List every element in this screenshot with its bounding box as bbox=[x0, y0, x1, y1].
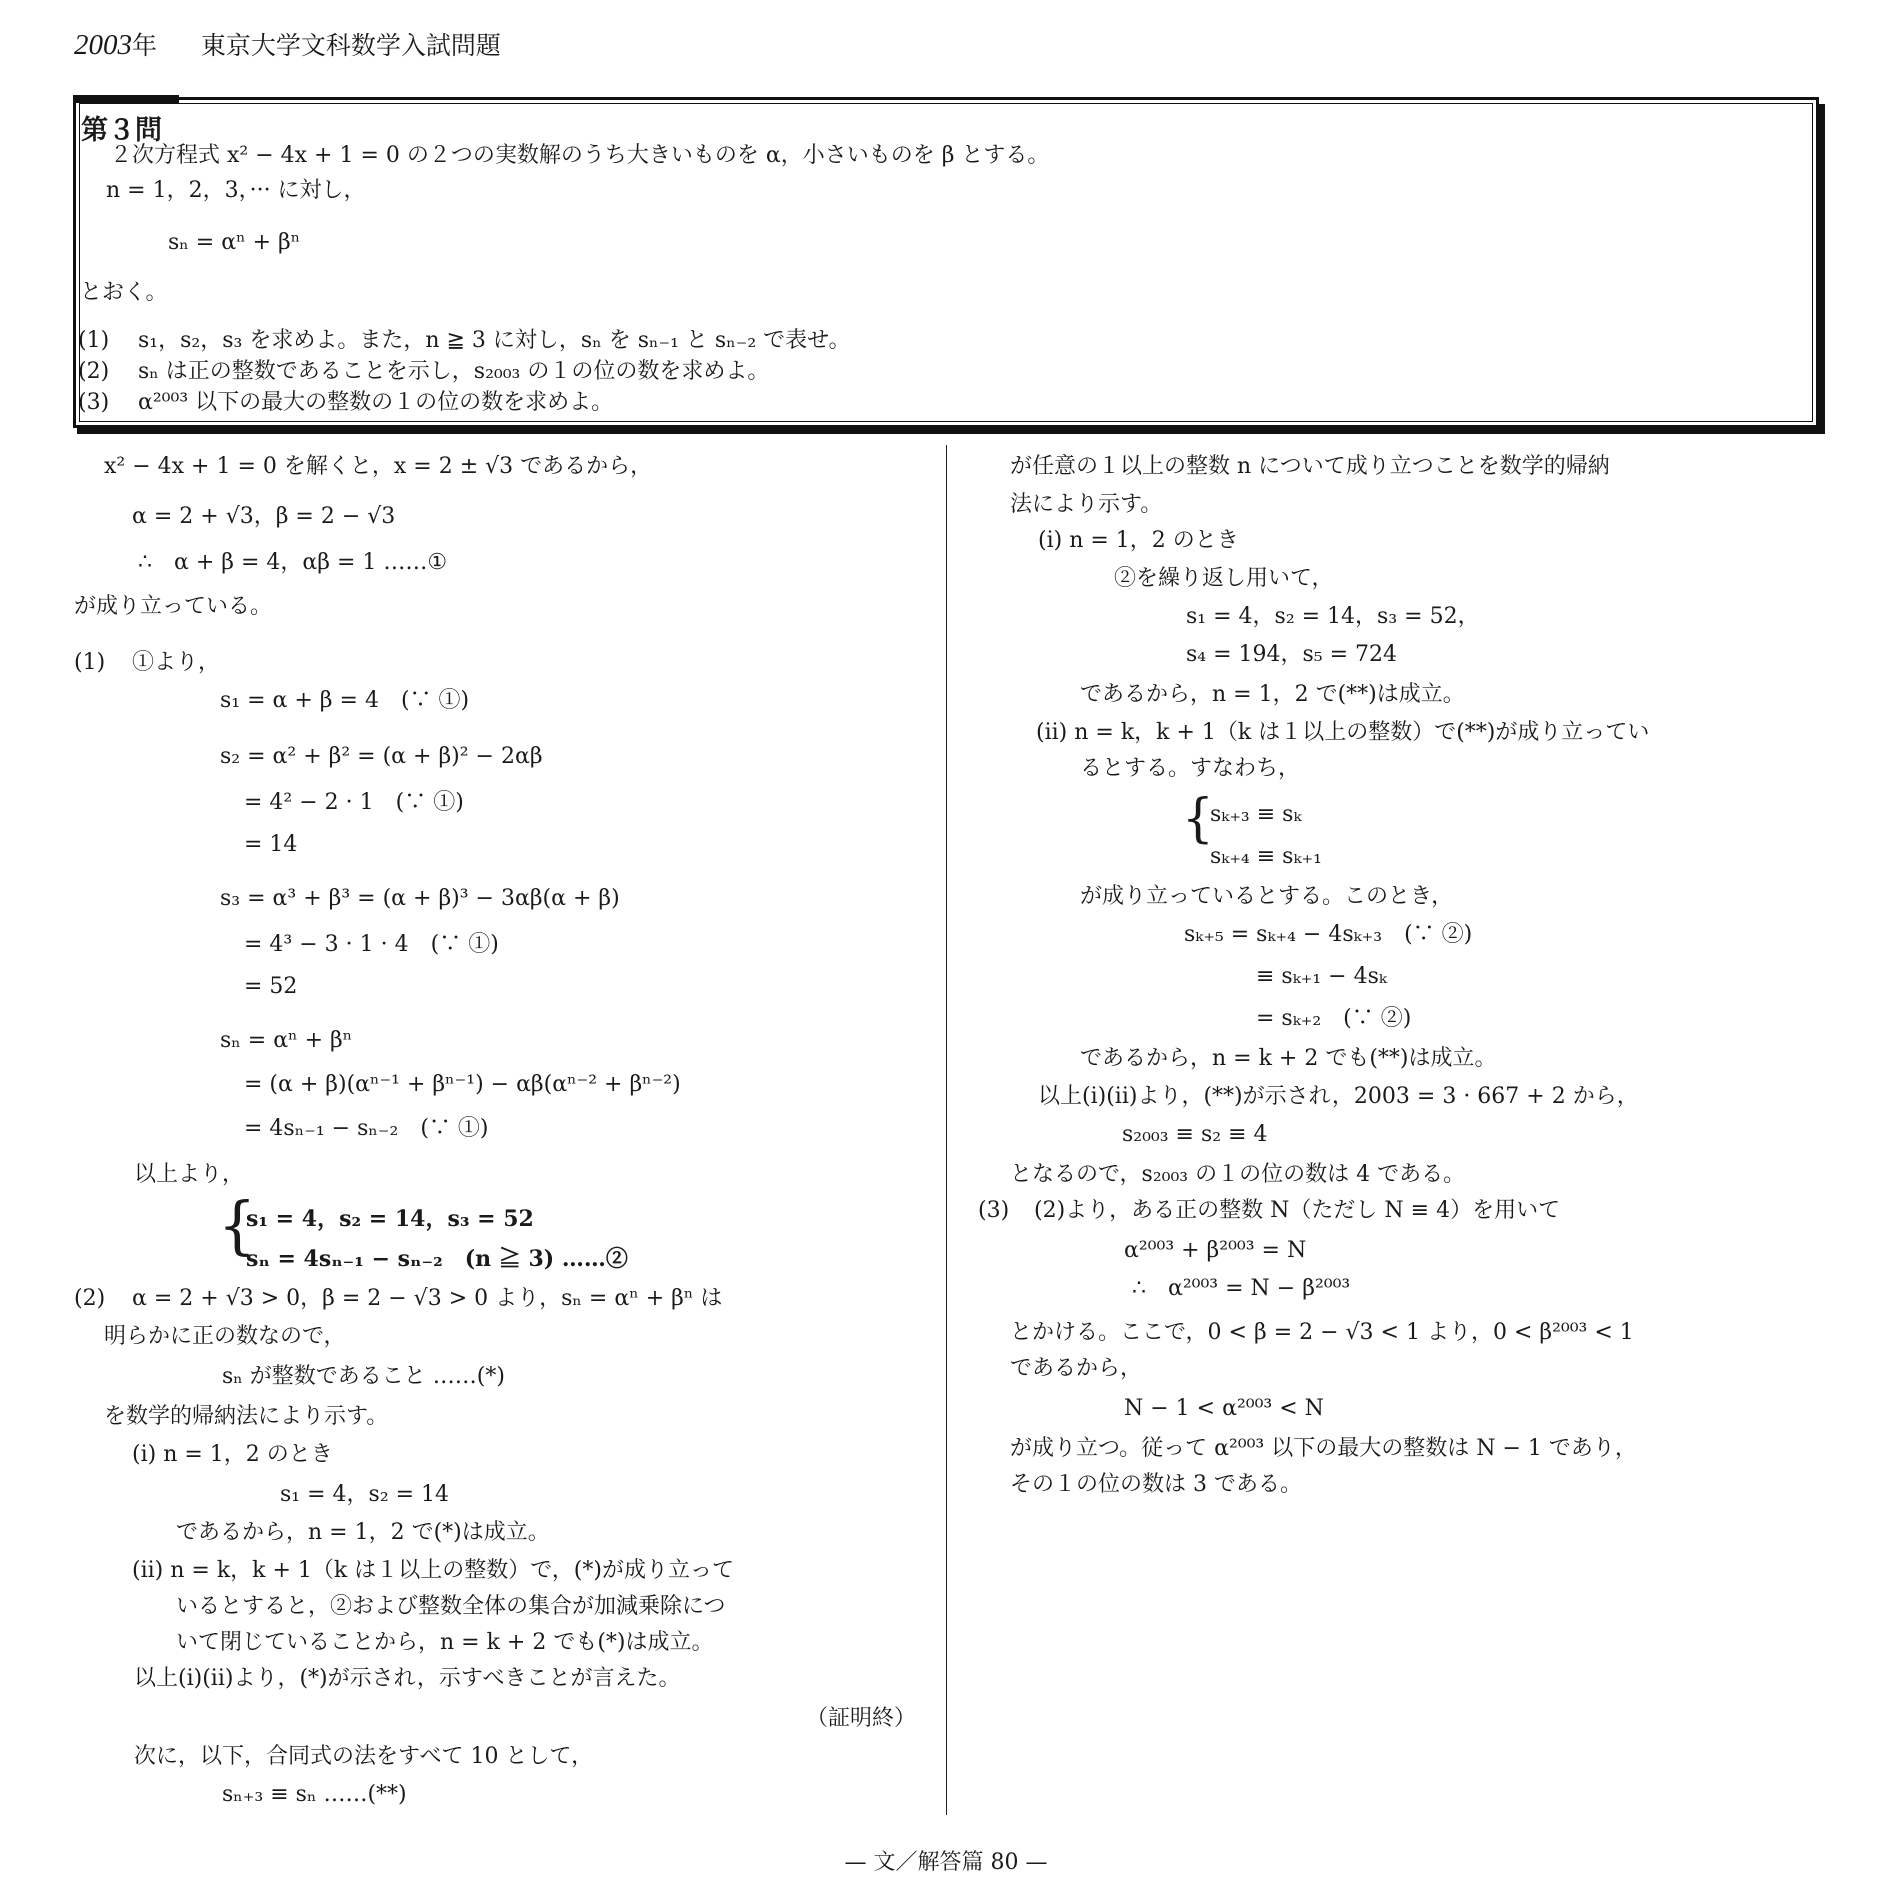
solution-line: sₖ₊₅ = sₖ₊₄ − 4sₖ₊₃ (∵ ②) bbox=[1184, 920, 1472, 950]
solution-line: (ii) n = k，k + 1（k は１以上の整数）で，(*)が成り立って bbox=[132, 1556, 734, 1586]
solution-line: sₙ₊₃ ≡ sₙ ……(**) bbox=[222, 1780, 407, 1810]
page-footer: — 文／解答篇 80 — bbox=[0, 1845, 1892, 1876]
solution-line: であるから，n = k + 2 でも(**)は成立。 bbox=[1080, 1044, 1497, 1074]
problem-formula: sₙ = αⁿ + βⁿ bbox=[168, 228, 300, 258]
problem-statement: ２次方程式 x² − 4x + 1 = 0 の２つの実数解のうち大きいものを α… bbox=[110, 141, 1049, 171]
question-label: (3) bbox=[78, 388, 109, 418]
solution-line: (i) n = 1，2 のとき bbox=[1038, 526, 1239, 556]
solution-line: α = 2 + √3，β = 2 − √3 bbox=[132, 502, 395, 532]
solution-line: s₃ = α³ + β³ = (α + β)³ − 3αβ(α + β) bbox=[220, 884, 620, 914]
solution-line: が成り立っている。 bbox=[74, 592, 272, 622]
solution-line: = 4³ − 3 · 1 · 4 (∵ ①) bbox=[244, 930, 499, 960]
solution-line: であるから，n = 1，2 で(**)は成立。 bbox=[1080, 680, 1465, 710]
page-header: 2003年 東京大学文科数学入試問題 bbox=[74, 26, 501, 62]
solution-line: いるとすると，②および整数全体の集合が加減乗除につ bbox=[176, 1592, 726, 1622]
question-label: (2) bbox=[78, 357, 109, 387]
solution-line: 次に，以下，合同式の法をすべて 10 として， bbox=[134, 1742, 593, 1772]
solution-line: s₁ = α + β = 4 (∵ ①) bbox=[220, 686, 469, 716]
solution-line: を数学的帰納法により示す。 bbox=[104, 1402, 388, 1432]
solution-line: α²⁰⁰³ + β²⁰⁰³ = N bbox=[1124, 1236, 1306, 1266]
solution-line: が任意の１以上の整数 n について成り立つことを数学的帰納 bbox=[1010, 452, 1610, 482]
solution-line: N − 1 < α²⁰⁰³ < N bbox=[1124, 1394, 1324, 1424]
solution-line: s₄ = 194，s₅ = 724 bbox=[1186, 640, 1397, 670]
solution-line: = 4sₙ₋₁ − sₙ₋₂ (∵ ①) bbox=[244, 1114, 488, 1144]
question-label: (1) bbox=[78, 326, 109, 356]
question-text: s₁，s₂，s₃ を求めよ。また，n ≧ 3 に対し，sₙ を sₙ₋₁ と s… bbox=[138, 326, 851, 356]
solution-line: その１の位の数は 3 である。 bbox=[1010, 1470, 1302, 1500]
solution-line: ①より， bbox=[132, 648, 220, 678]
solution-line: = sₖ₊₂ (∵ ②) bbox=[1256, 1004, 1411, 1034]
solution-line: x² − 4x + 1 = 0 を解くと，x = 2 ± √3 であるから， bbox=[104, 452, 652, 482]
solution-line: るとする。すなわち， bbox=[1080, 754, 1300, 784]
solution-line: s₁ = 4，s₂ = 14，s₃ = 52， bbox=[1186, 602, 1480, 632]
solution-line: 以上より， bbox=[134, 1160, 244, 1190]
solution-line: = 4² − 2 · 1 (∵ ①) bbox=[244, 788, 464, 818]
question-text: α²⁰⁰³ 以下の最大の整数の１の位の数を求めよ。 bbox=[138, 388, 613, 418]
part-label: (3) bbox=[978, 1196, 1009, 1226]
solution-line: となるので，s₂₀₀₃ の１の位の数は 4 である。 bbox=[1010, 1160, 1465, 1190]
solution-line: ②を繰り返し用いて， bbox=[1114, 564, 1334, 594]
header-title: 東京大学文科数学入試問題 bbox=[201, 31, 501, 60]
solution-line: とかける。ここで，0 < β = 2 − √3 < 1 より，0 < β²⁰⁰³… bbox=[1010, 1318, 1634, 1348]
part-label: (2) bbox=[74, 1284, 105, 1314]
solution-line: (ii) n = k，k + 1（k は１以上の整数）で(**)が成り立ってい bbox=[1036, 718, 1649, 748]
solution-line: が成り立つ。従って α²⁰⁰³ 以下の最大の整数は N − 1 であり， bbox=[1010, 1434, 1637, 1464]
solution-line: 法により示す。 bbox=[1010, 490, 1162, 520]
result-line: s₁ = 4，s₂ = 14，s₃ = 52 bbox=[246, 1204, 534, 1234]
question-text: sₙ は正の整数であることを示し，s₂₀₀₃ の１の位の数を求めよ。 bbox=[138, 357, 769, 387]
solution-line: いて閉じていることから，n = k + 2 でも(*)は成立。 bbox=[176, 1628, 714, 1658]
column-divider bbox=[946, 445, 947, 1815]
part-label: (1) bbox=[74, 648, 105, 678]
solution-line: = 14 bbox=[244, 830, 297, 860]
solution-line: (2)より，ある正の整数 N（ただし N ≡ 4）を用いて bbox=[1034, 1196, 1560, 1226]
proof-end: （証明終） bbox=[806, 1704, 916, 1734]
solution-line: ≡ sₖ₊₁ − 4sₖ bbox=[1256, 962, 1387, 992]
solution-line: = 52 bbox=[244, 972, 297, 1002]
problem-box-shadow bbox=[77, 428, 1825, 434]
solution-line: sₙ が整数であること ……(*) bbox=[222, 1362, 505, 1392]
solution-line: s₂ = α² + β² = (α + β)² − 2αβ bbox=[220, 742, 543, 772]
solution-line: ∴ α + β = 4，αβ = 1 ……① bbox=[138, 548, 447, 578]
solution-line: sₖ₊₄ ≡ sₖ₊₁ bbox=[1210, 842, 1322, 872]
solution-line: であるから，n = 1，2 で(*)は成立。 bbox=[176, 1518, 550, 1548]
result-line: sₙ = 4sₙ₋₁ − sₙ₋₂ (n ≧ 3) ……② bbox=[246, 1244, 628, 1274]
solution-line: ∴ α²⁰⁰³ = N − β²⁰⁰³ bbox=[1132, 1274, 1350, 1304]
solution-line: α = 2 + √3 > 0，β = 2 − √3 > 0 より，sₙ = αⁿ… bbox=[132, 1284, 722, 1314]
problem-statement: n = 1，2，3，··· に対し， bbox=[106, 176, 366, 206]
header-year-suffix: 年 bbox=[132, 31, 157, 60]
problem-statement: とおく。 bbox=[80, 278, 168, 308]
solution-line: であるから， bbox=[1010, 1354, 1142, 1384]
solution-line: sₙ = αⁿ + βⁿ bbox=[220, 1026, 352, 1056]
solution-line: s₁ = 4，s₂ = 14 bbox=[280, 1480, 449, 1510]
solution-line: 以上(i)(ii)より，(**)が示され，2003 = 3 · 667 + 2 … bbox=[1038, 1082, 1639, 1112]
solution-line: (i) n = 1，2 のとき bbox=[132, 1440, 333, 1470]
solution-line: sₖ₊₃ ≡ sₖ bbox=[1210, 800, 1301, 830]
solution-line: が成り立っているとする。このとき， bbox=[1080, 882, 1453, 912]
solution-line: 明らかに正の数なので， bbox=[104, 1322, 346, 1352]
solution-line: s₂₀₀₃ ≡ s₂ ≡ 4 bbox=[1122, 1120, 1268, 1150]
solution-line: 以上(i)(ii)より，(*)が示され，示すべきことが言えた。 bbox=[134, 1664, 681, 1694]
header-year: 2003 bbox=[74, 29, 132, 61]
solution-line: = (α + β)(αⁿ⁻¹ + βⁿ⁻¹) − αβ(αⁿ⁻² + βⁿ⁻²) bbox=[244, 1070, 681, 1100]
